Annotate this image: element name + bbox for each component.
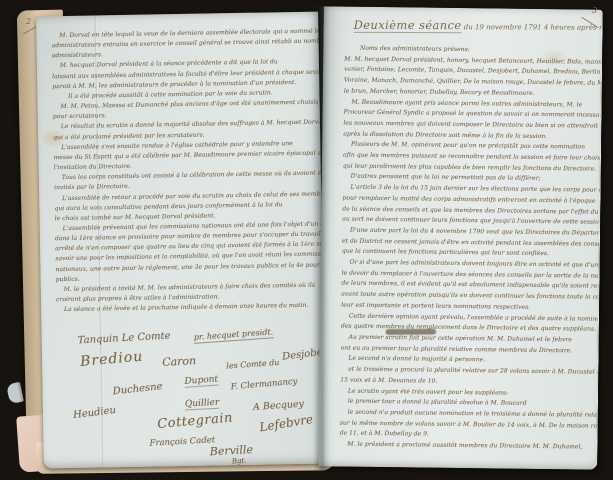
right-page-text: Noms des administrateurs présens:M. M. h… <box>339 44 596 454</box>
signature: François Cadet <box>149 435 215 448</box>
signature: Duchesne <box>112 381 163 397</box>
signature: Bgt. <box>232 457 247 466</box>
signature: Cottegrain <box>157 411 234 433</box>
signature: les Comte du <box>226 358 280 371</box>
manuscript-photo: M. Dorval en tête lequel la veue de la d… <box>0 0 613 480</box>
signature-block: Tanquin Le Comtepr. hecquet presidt.Bred… <box>36 12 318 17</box>
signature: F. Clermanancy <box>230 377 298 393</box>
signature: Brediou <box>79 349 143 370</box>
session-header-title: Deuxième séance <box>354 18 462 33</box>
folio-number-left: 2 <box>26 17 31 26</box>
signature: Heudieu <box>72 405 116 421</box>
ink-blot <box>386 329 436 334</box>
signature: Tanquin Le Comte <box>77 331 170 347</box>
signature: A Becquey <box>253 399 305 414</box>
right-page: Deuxième séance du 19 novembre 1791 4 he… <box>318 6 603 469</box>
signature: Quillier <box>185 398 220 411</box>
page-tab <box>6 382 24 404</box>
left-page-text: M. Dorval en tête lequel la veue de la d… <box>51 27 318 316</box>
session-header-date: du 19 novembre 1791 4 heures après midi. <box>462 23 603 32</box>
left-page: M. Dorval en tête lequel la veue de la d… <box>36 12 326 469</box>
manuscript-line: M. le président a proclamé aussitôt memb… <box>339 440 591 454</box>
signature: Dupont <box>184 375 218 388</box>
book-gutter <box>312 6 330 470</box>
signature: Lefebvre <box>258 412 313 434</box>
session-header: Deuxième séance du 19 novembre 1791 4 he… <box>354 14 603 34</box>
signature: Caron <box>162 354 197 369</box>
signature: pr. hecquet presidt. <box>193 327 273 344</box>
